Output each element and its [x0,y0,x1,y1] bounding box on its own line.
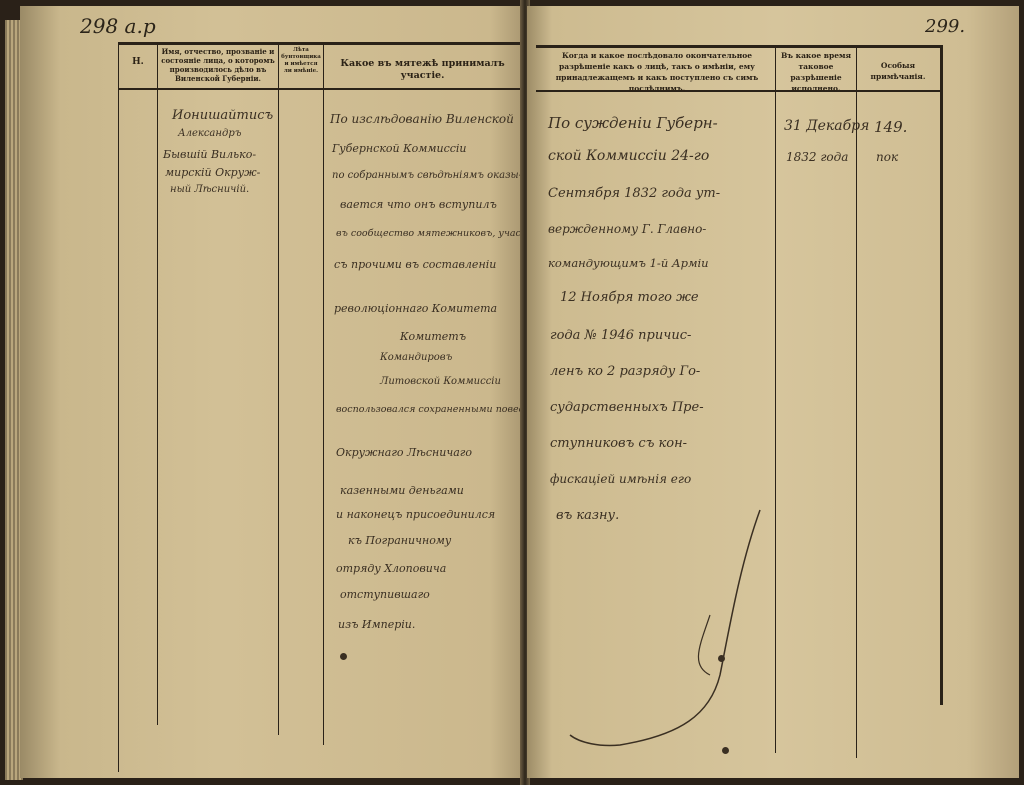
left-col-divider-1 [157,45,158,725]
header-executed: Въ какое время таковое разрѣшеніе исполн… [777,50,855,94]
right-header-top-rule [536,45,940,48]
header-age: Лѣта бунтовщика и имѣется ли имѣніе. [280,47,322,75]
open-ledger-book: 298 a.p Н. Имя, отчество, прозваніе и со… [0,0,1024,785]
left-col-divider-2 [278,45,279,735]
left-col-divider-3 [323,45,324,745]
left-page-number: 298 a.p [80,14,156,38]
left-border [118,42,119,772]
header-participation: Какое въ мятежѣ принималъ участіе. [330,58,515,82]
closing-flourish [560,505,780,755]
header-name: Имя, отчество, прозваніе и состояніе лиц… [159,47,277,83]
right-page-number: 299. [925,16,965,37]
right-border [940,45,943,705]
left-header-top-rule [118,42,520,45]
page-hole [718,655,725,662]
header-num: Н. [120,58,156,67]
left-header-bottom-rule [118,88,520,90]
page-hole [722,747,729,754]
header-notes: Особыя примѣчанія. [858,60,938,82]
right-col-divider-2 [856,48,857,758]
header-resolution: Когда и какое послѣдовало окончательное … [540,50,774,94]
page-hole [340,653,347,660]
